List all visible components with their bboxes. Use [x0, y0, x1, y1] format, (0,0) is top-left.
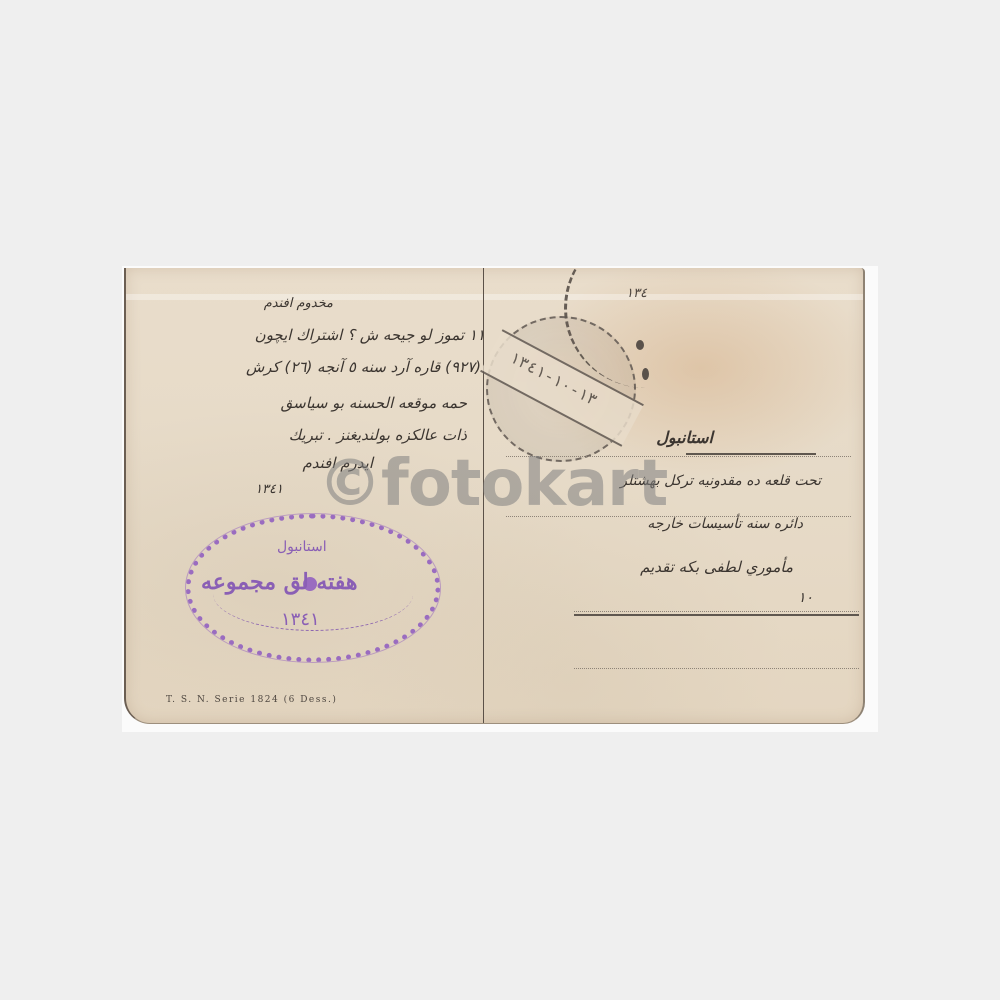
address-rule-solid	[686, 453, 816, 455]
address-corner-mark: ١٠	[798, 590, 813, 606]
ink-smudge	[642, 368, 649, 380]
message-line: ذات عالكزه بولنديغنز . تبريك	[289, 426, 467, 444]
message-line: ١١ تموز لو جيحه ش ؟ اشتراك ايچون	[255, 326, 485, 344]
address-rule-dotted	[574, 611, 859, 612]
postmark-cancellation: ١٣-١٠-١٣٤١	[486, 316, 636, 462]
message-date: ١٣٤١	[255, 482, 283, 497]
publisher-imprint: T. S. N. Serie 1824 (6 Dess.)	[166, 695, 337, 705]
seal-year-text: ١٣٤١	[281, 609, 320, 630]
address-line: مأموري لطفى بكه تقديم	[640, 558, 793, 576]
watermark: ©fotokart	[318, 452, 667, 516]
seal-middle-text: هفته لق مجموعه	[201, 569, 358, 595]
seal-top-text: استانبول	[277, 539, 327, 555]
postmark-date-band: ١٣-١٠-١٣٤١	[480, 329, 644, 446]
message-line: حمه موقعه الحسنه بو سياسق	[281, 394, 467, 412]
postmark-fragment-text: ١٣٤	[626, 286, 647, 301]
ink-smudge	[636, 340, 644, 350]
publisher-seal: استانبول هفته لق مجموعه ١٣٤١	[186, 514, 440, 662]
message-salutation: مخدوم افندم	[264, 296, 333, 311]
address-line: دائره سنه تأسيسات خارجه	[647, 516, 803, 532]
postmark-date: ١٣-١٠-١٣٤١	[507, 347, 601, 409]
address-rule-dotted	[574, 668, 859, 669]
address-rule-solid	[574, 614, 859, 616]
address-city: استانبول	[656, 428, 713, 447]
message-line: (٩٢٧) قاره آرد سنه ٥ آنجه (٢٦) كرش	[246, 358, 481, 376]
